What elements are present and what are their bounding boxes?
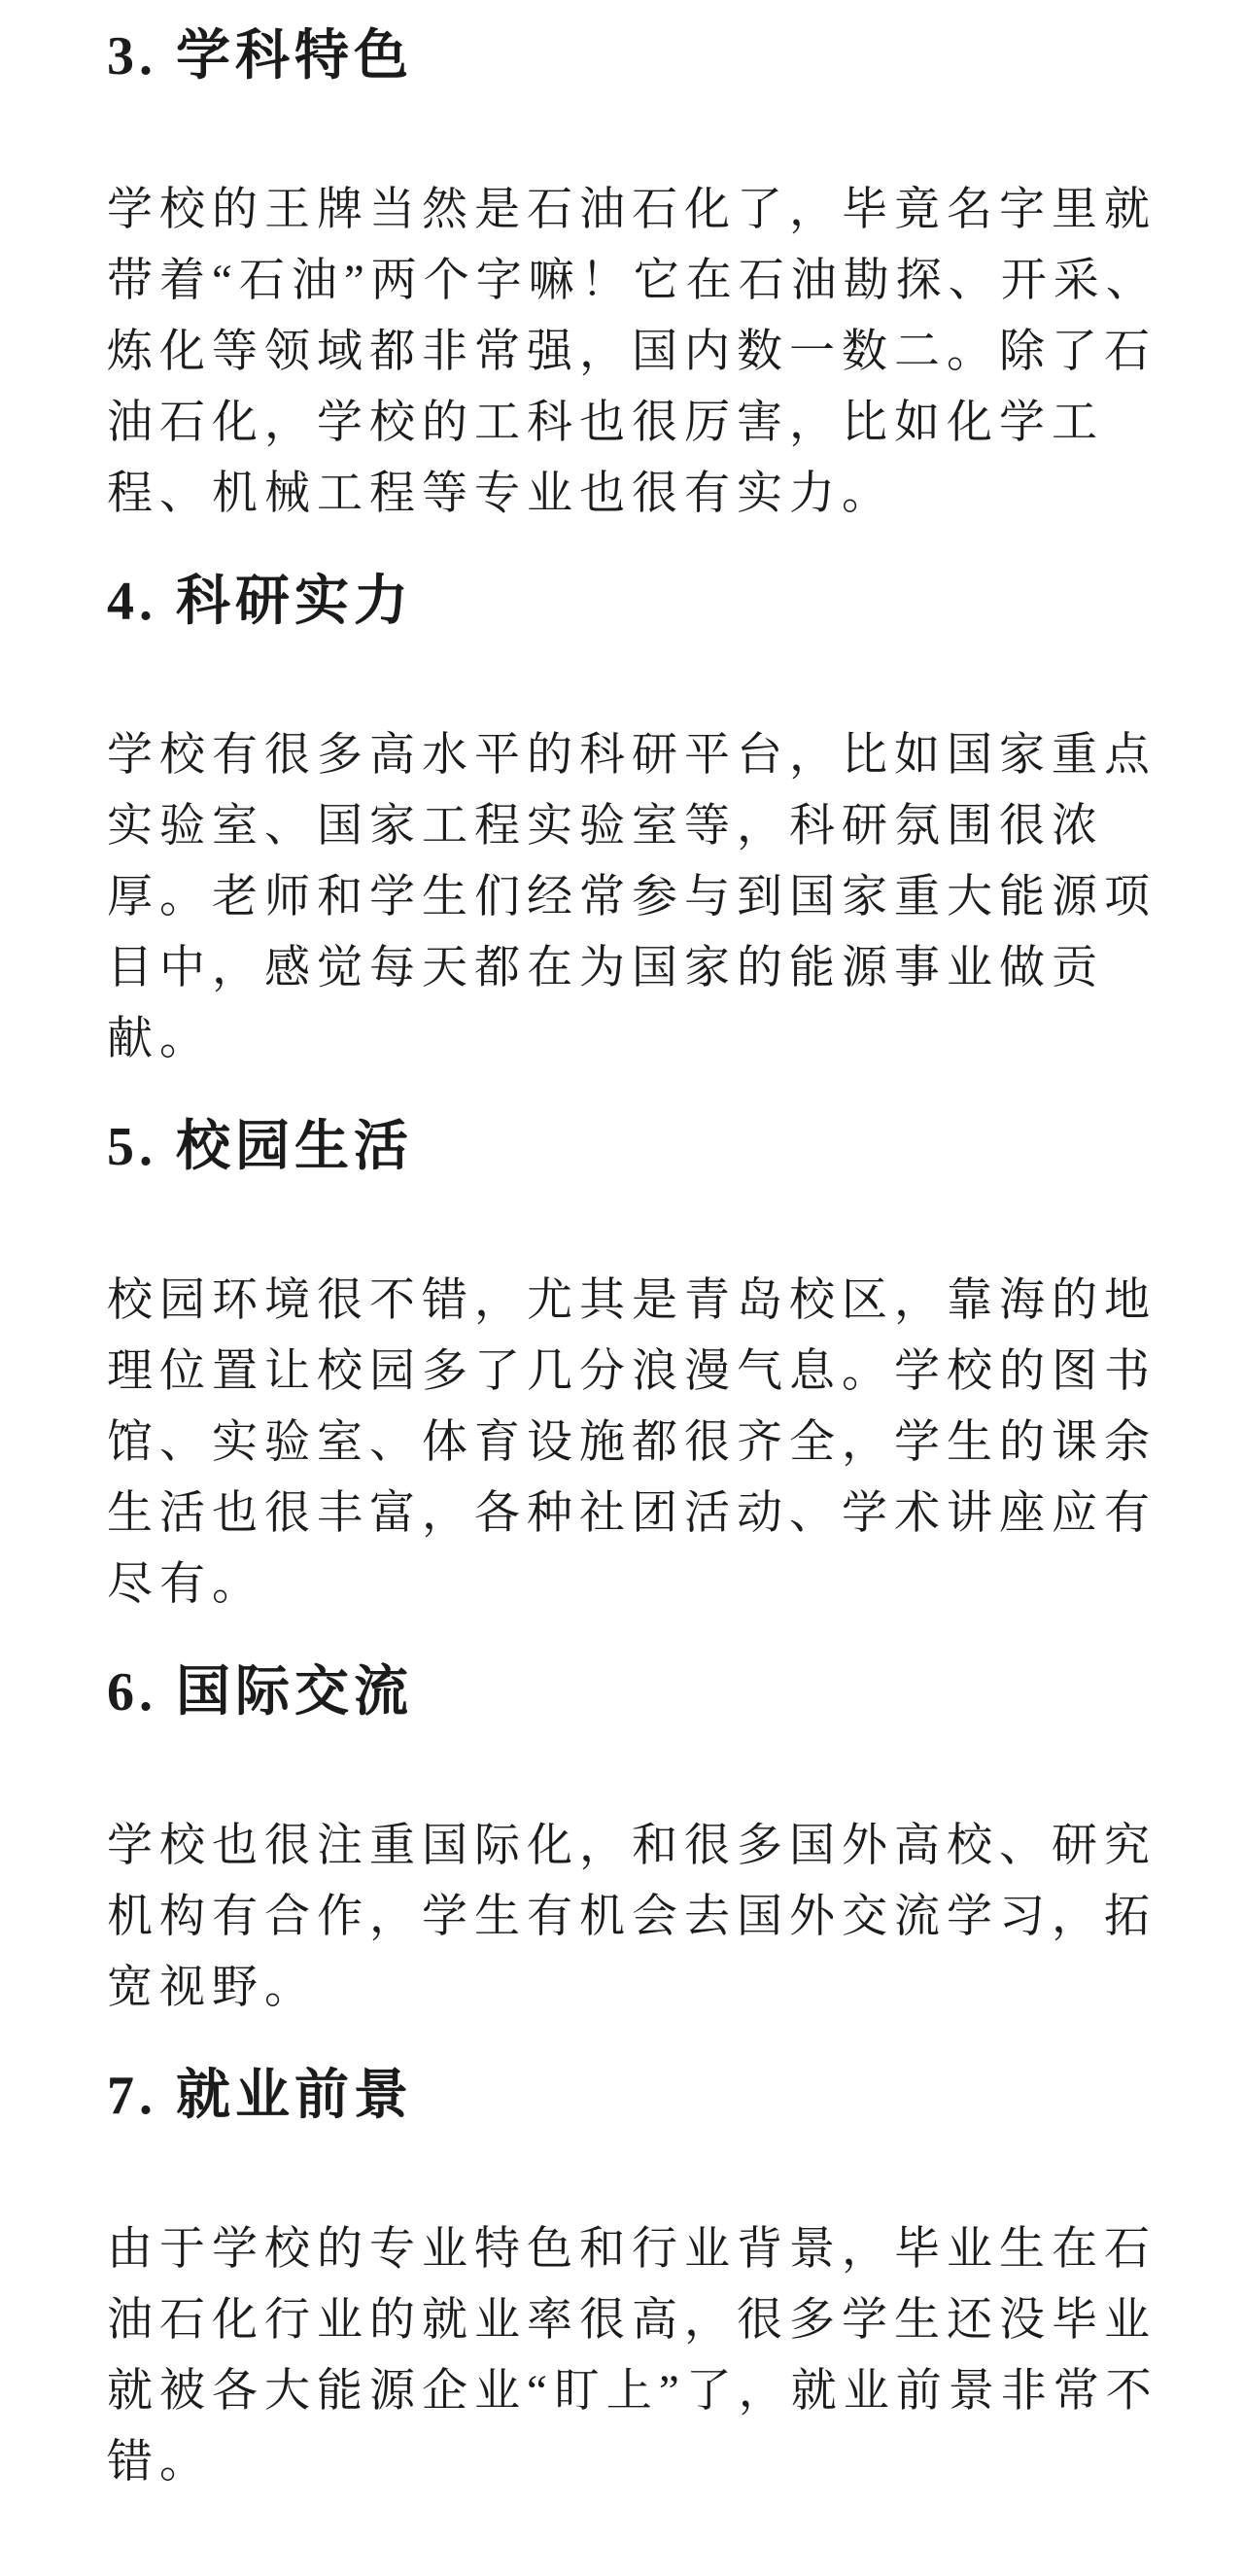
section-paragraph: 学校有很多高水平的科研平台，比如国家重点实验室、国家工程实验室等，科研氛围很浓厚…: [107, 720, 1168, 1075]
section-paragraph: 学校的王牌当然是石油石化了，毕竟名字里就带着“石油”两个字嘛！它在石油勘探、开采…: [107, 175, 1168, 530]
section-research-strength: 4. 科研实力 学校有很多高水平的科研平台，比如国家重点实验室、国家工程实验室等…: [107, 569, 1168, 1075]
section-employment-prospects: 7. 就业前景 由于学校的专业特色和行业背景，毕业生在石油石化行业的就业率很高，…: [107, 2063, 1168, 2498]
section-heading: 4. 科研实力: [107, 569, 1168, 635]
section-heading: 5. 校园生活: [107, 1114, 1168, 1180]
section-campus-life: 5. 校园生活 校园环境很不错，尤其是青岛校区，靠海的地理位置让校园多了几分浪漫…: [107, 1114, 1168, 1620]
section-paragraph: 校园环境很不错，尤其是青岛校区，靠海的地理位置让校园多了几分浪漫气息。学校的图书…: [107, 1266, 1168, 1620]
section-discipline-features: 3. 学科特色 学校的王牌当然是石油石化了，毕竟名字里就带着“石油”两个字嘛！它…: [107, 23, 1168, 530]
section-heading: 7. 就业前景: [107, 2063, 1168, 2129]
section-international-exchange: 6. 国际交流 学校也很注重国际化，和很多国外高校、研究机构有合作，学生有机会去…: [107, 1659, 1168, 2024]
section-paragraph: 学校也很注重国际化，和很多国外高校、研究机构有合作，学生有机会去国外交流学习，拓…: [107, 1811, 1168, 2024]
document-page: 3. 学科特色 学校的王牌当然是石油石化了，毕竟名字里就带着“石油”两个字嘛！它…: [0, 0, 1244, 2576]
section-heading: 6. 国际交流: [107, 1659, 1168, 1725]
section-paragraph: 由于学校的专业特色和行业背景，毕业生在石油石化行业的就业率很高，很多学生还没毕业…: [107, 2214, 1168, 2498]
section-heading: 3. 学科特色: [107, 23, 1168, 89]
